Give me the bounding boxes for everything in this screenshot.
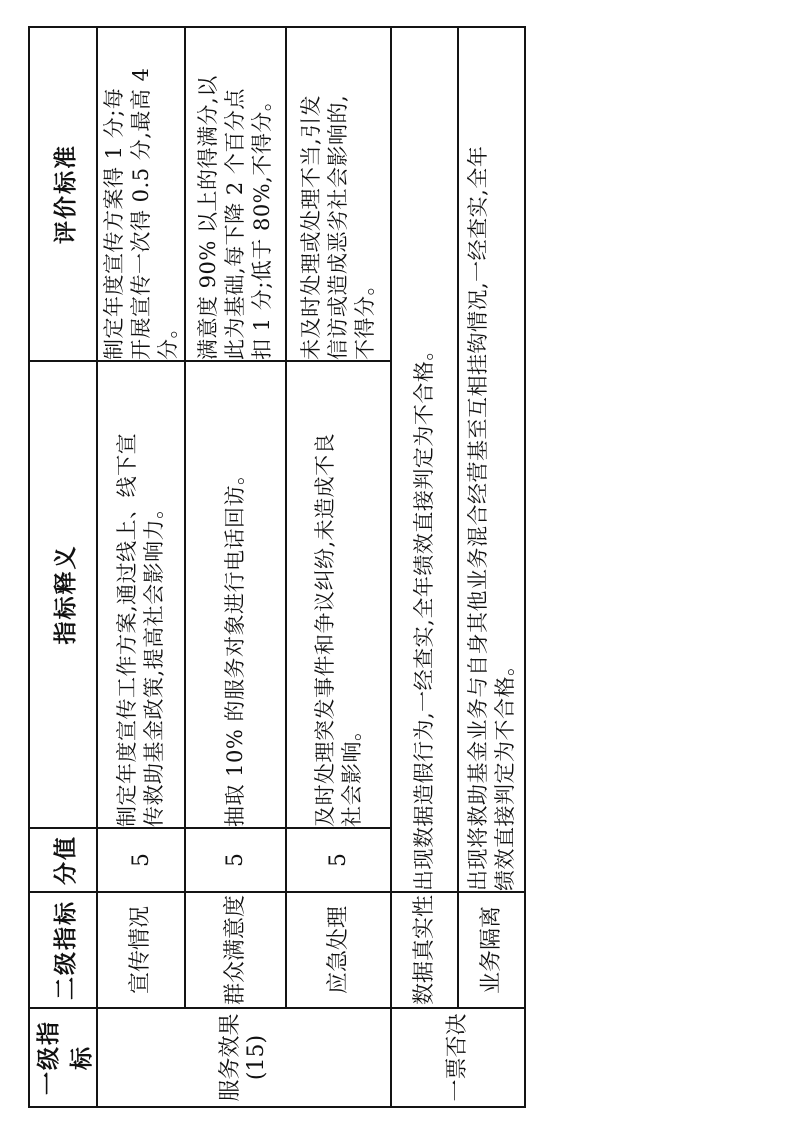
row-satisfaction: 群众满意度 5 抽取 10% 的服务对象进行电话回访。 满意度 90% 以上的得… (185, 27, 286, 1107)
cell-indicator-publicity: 宣传情况 (97, 892, 185, 1008)
cell-group-service-effect: 服务效果 (15) (97, 1008, 391, 1107)
cell-meaning-satisfaction: 抽取 10% 的服务对象进行电话回访。 (185, 361, 286, 828)
header-standard: 评价标准 (29, 27, 97, 361)
header-score: 分值 (29, 828, 97, 892)
rotated-landscape-sheet: 一级指标 二级指标 分值 指标释义 评价标准 服务效果 (15) 宣传情况 5 … (0, 0, 797, 1137)
cell-standard-publicity: 制定年度宣传方案得 1 分;每 开展宣传一次得 0.5 分,最高 4 分。 (97, 27, 185, 361)
cell-veto-business-isolation: 出现将救助基金业务与自身其他业务混合经营基至互相挂钩情况,一经查实,全年 绩效直… (458, 27, 525, 892)
cell-indicator-satisfaction: 群众满意度 (185, 892, 286, 1008)
document-page: 一级指标 二级指标 分值 指标释义 评价标准 服务效果 (15) 宣传情况 5 … (0, 0, 797, 1137)
row-data-truth: 一票否决 数据真实性 出现数据造假行为,一经查实,全年绩效直接判定为不合格。 (391, 27, 458, 1107)
header-level2-indicator: 二级指标 (29, 892, 97, 1008)
cell-score-emergency: 5 (286, 828, 391, 892)
cell-score-publicity: 5 (97, 828, 185, 892)
cell-meaning-publicity: 制定年度宣传工作方案,通过线上、线下宣 传救助基金政策,提高社会影响力。 (97, 361, 185, 828)
cell-meaning-emergency: 及时处理突发事件和争议纠纷,未造成不良 社会影响。 (286, 361, 391, 828)
row-emergency: 应急处理 5 及时处理突发事件和争议纠纷,未造成不良 社会影响。 未及时处理或处… (286, 27, 391, 1107)
cell-group-veto: 一票否决 (391, 1008, 525, 1107)
row-publicity: 服务效果 (15) 宣传情况 5 制定年度宣传工作方案,通过线上、线下宣 传救助… (97, 27, 185, 1107)
cell-score-satisfaction: 5 (185, 828, 286, 892)
evaluation-table: 一级指标 二级指标 分值 指标释义 评价标准 服务效果 (15) 宣传情况 5 … (28, 26, 526, 1108)
header-row: 一级指标 二级指标 分值 指标释义 评价标准 (29, 27, 97, 1107)
cell-indicator-emergency: 应急处理 (286, 892, 391, 1008)
cell-veto-data-truth: 出现数据造假行为,一经查实,全年绩效直接判定为不合格。 (391, 27, 458, 892)
header-meaning: 指标释义 (29, 361, 97, 828)
row-business-isolation: 业务隔离 出现将救助基金业务与自身其他业务混合经营基至互相挂钩情况,一经查实,全… (458, 27, 525, 1107)
cell-indicator-business-isolation: 业务隔离 (458, 892, 525, 1008)
cell-standard-satisfaction: 满意度 90% 以上的得满分,以 此为基础,每下降 2 个百分点 扣 1 分;低… (185, 27, 286, 361)
cell-indicator-data-truth: 数据真实性 (391, 892, 458, 1008)
header-level1-indicator: 一级指标 (29, 1008, 97, 1107)
cell-standard-emergency: 未及时处理或处理不当,引发 信访或造成恶劣社会影响的, 不得分。 (286, 27, 391, 361)
